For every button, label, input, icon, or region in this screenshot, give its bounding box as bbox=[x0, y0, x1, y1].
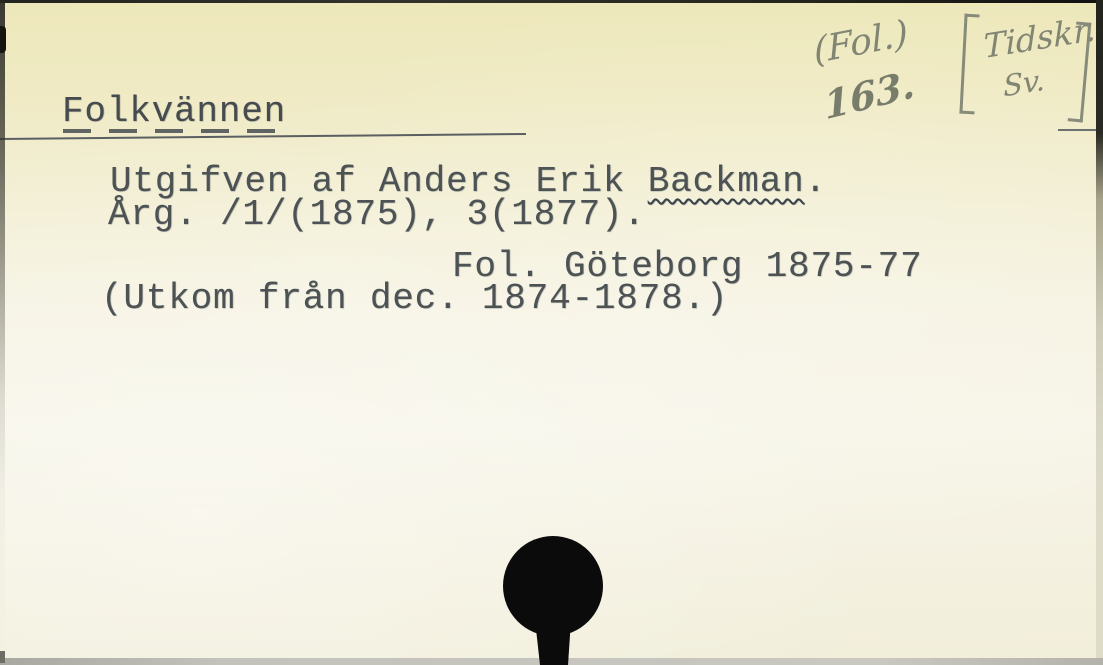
publisher-suffix: . bbox=[805, 161, 827, 202]
title-rule-line bbox=[0, 133, 526, 140]
scanned-catalog-card: Folkvännen Utgifven af Anders Erik Backm… bbox=[0, 0, 1103, 665]
right-edge-shadow bbox=[1096, 0, 1103, 665]
category-annotation-bottom: Sv. bbox=[1003, 63, 1046, 104]
left-edge-ink-mark bbox=[0, 26, 6, 53]
left-edge-shadow bbox=[0, 0, 5, 660]
shelf-number-annotation: 163. bbox=[822, 61, 917, 129]
format-annotation: (Fol.) bbox=[812, 13, 910, 72]
keyhole-punch-icon bbox=[485, 528, 625, 665]
card-title: Folkvännen bbox=[62, 94, 286, 130]
volumes-line: Årg. /1/(1875), 3(1877). bbox=[108, 197, 646, 233]
top-edge-shadow bbox=[0, 0, 1103, 3]
left-bracket-mark bbox=[959, 14, 979, 115]
bottom-left-notch bbox=[0, 651, 5, 663]
title-dashed-underline bbox=[63, 129, 291, 133]
publication-note-line: (Utkom från dec. 1874-1878.) bbox=[101, 281, 728, 317]
publisher-name-underlined: Backman bbox=[648, 161, 805, 202]
